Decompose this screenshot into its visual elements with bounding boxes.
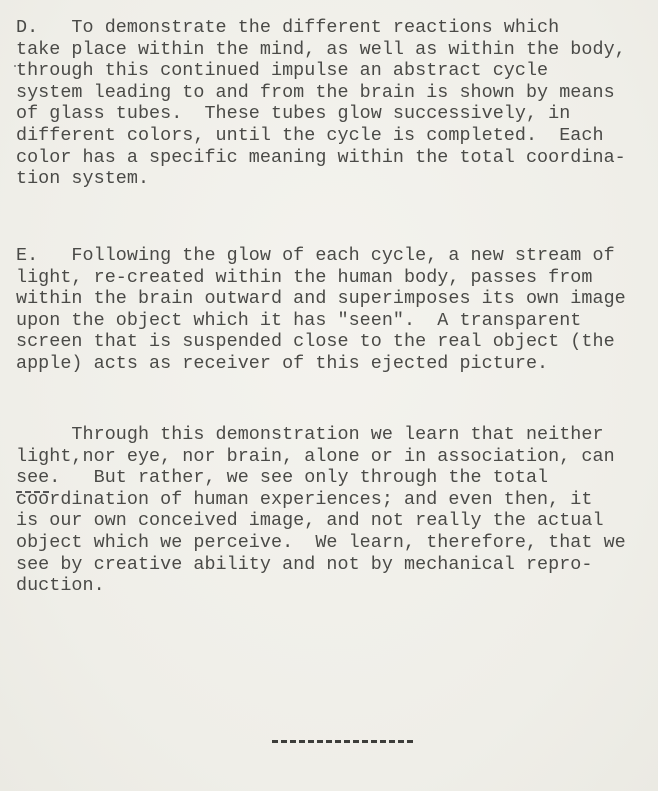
text-line: Through this demonstration we learn that… xyxy=(16,424,626,446)
text-line: system leading to and from the brain is … xyxy=(16,82,626,104)
text-line: light,nor eye, nor brain, alone or in as… xyxy=(16,446,626,468)
end-of-section-rule xyxy=(272,740,413,743)
paragraph-d: D. To demonstrate the different reaction… xyxy=(16,17,626,190)
conclusion-paragraph: Through this demonstration we learn that… xyxy=(16,424,626,597)
text-line: within the brain outward and superimpose… xyxy=(16,288,626,310)
text-line: duction. xyxy=(16,575,626,597)
text-line: see by creative ability and not by mecha… xyxy=(16,554,626,576)
text-line: object which we perceive. We learn, ther… xyxy=(16,532,626,554)
text-line: apple) acts as receiver of this ejected … xyxy=(16,353,626,375)
text-line: coordination of human experiences; and e… xyxy=(16,489,626,511)
text-line: different colors, until the cycle is com… xyxy=(16,125,626,147)
text-line: see. But rather, we see only through the… xyxy=(16,467,626,489)
paragraph-e: E. Following the glow of each cycle, a n… xyxy=(16,245,626,375)
text-line: color has a specific meaning within the … xyxy=(16,147,626,169)
text-line: take place within the mind, as well as w… xyxy=(16,39,626,61)
text-line: light, re-created within the human body,… xyxy=(16,267,626,289)
text-line: of glass tubes. These tubes glow success… xyxy=(16,103,626,125)
text-line: is our own conceived image, and not real… xyxy=(16,510,626,532)
text-line: tion system. xyxy=(16,168,626,190)
see-underline xyxy=(16,491,49,493)
typewritten-page: D. To demonstrate the different reaction… xyxy=(0,0,658,791)
text-line: D. To demonstrate the different reaction… xyxy=(16,17,626,39)
text-line: screen that is suspended close to the re… xyxy=(16,331,626,353)
text-line: upon the object which it has "seen". A t… xyxy=(16,310,626,332)
text-line: E. Following the glow of each cycle, a n… xyxy=(16,245,626,267)
text-line: through this continued impulse an abstra… xyxy=(16,60,626,82)
